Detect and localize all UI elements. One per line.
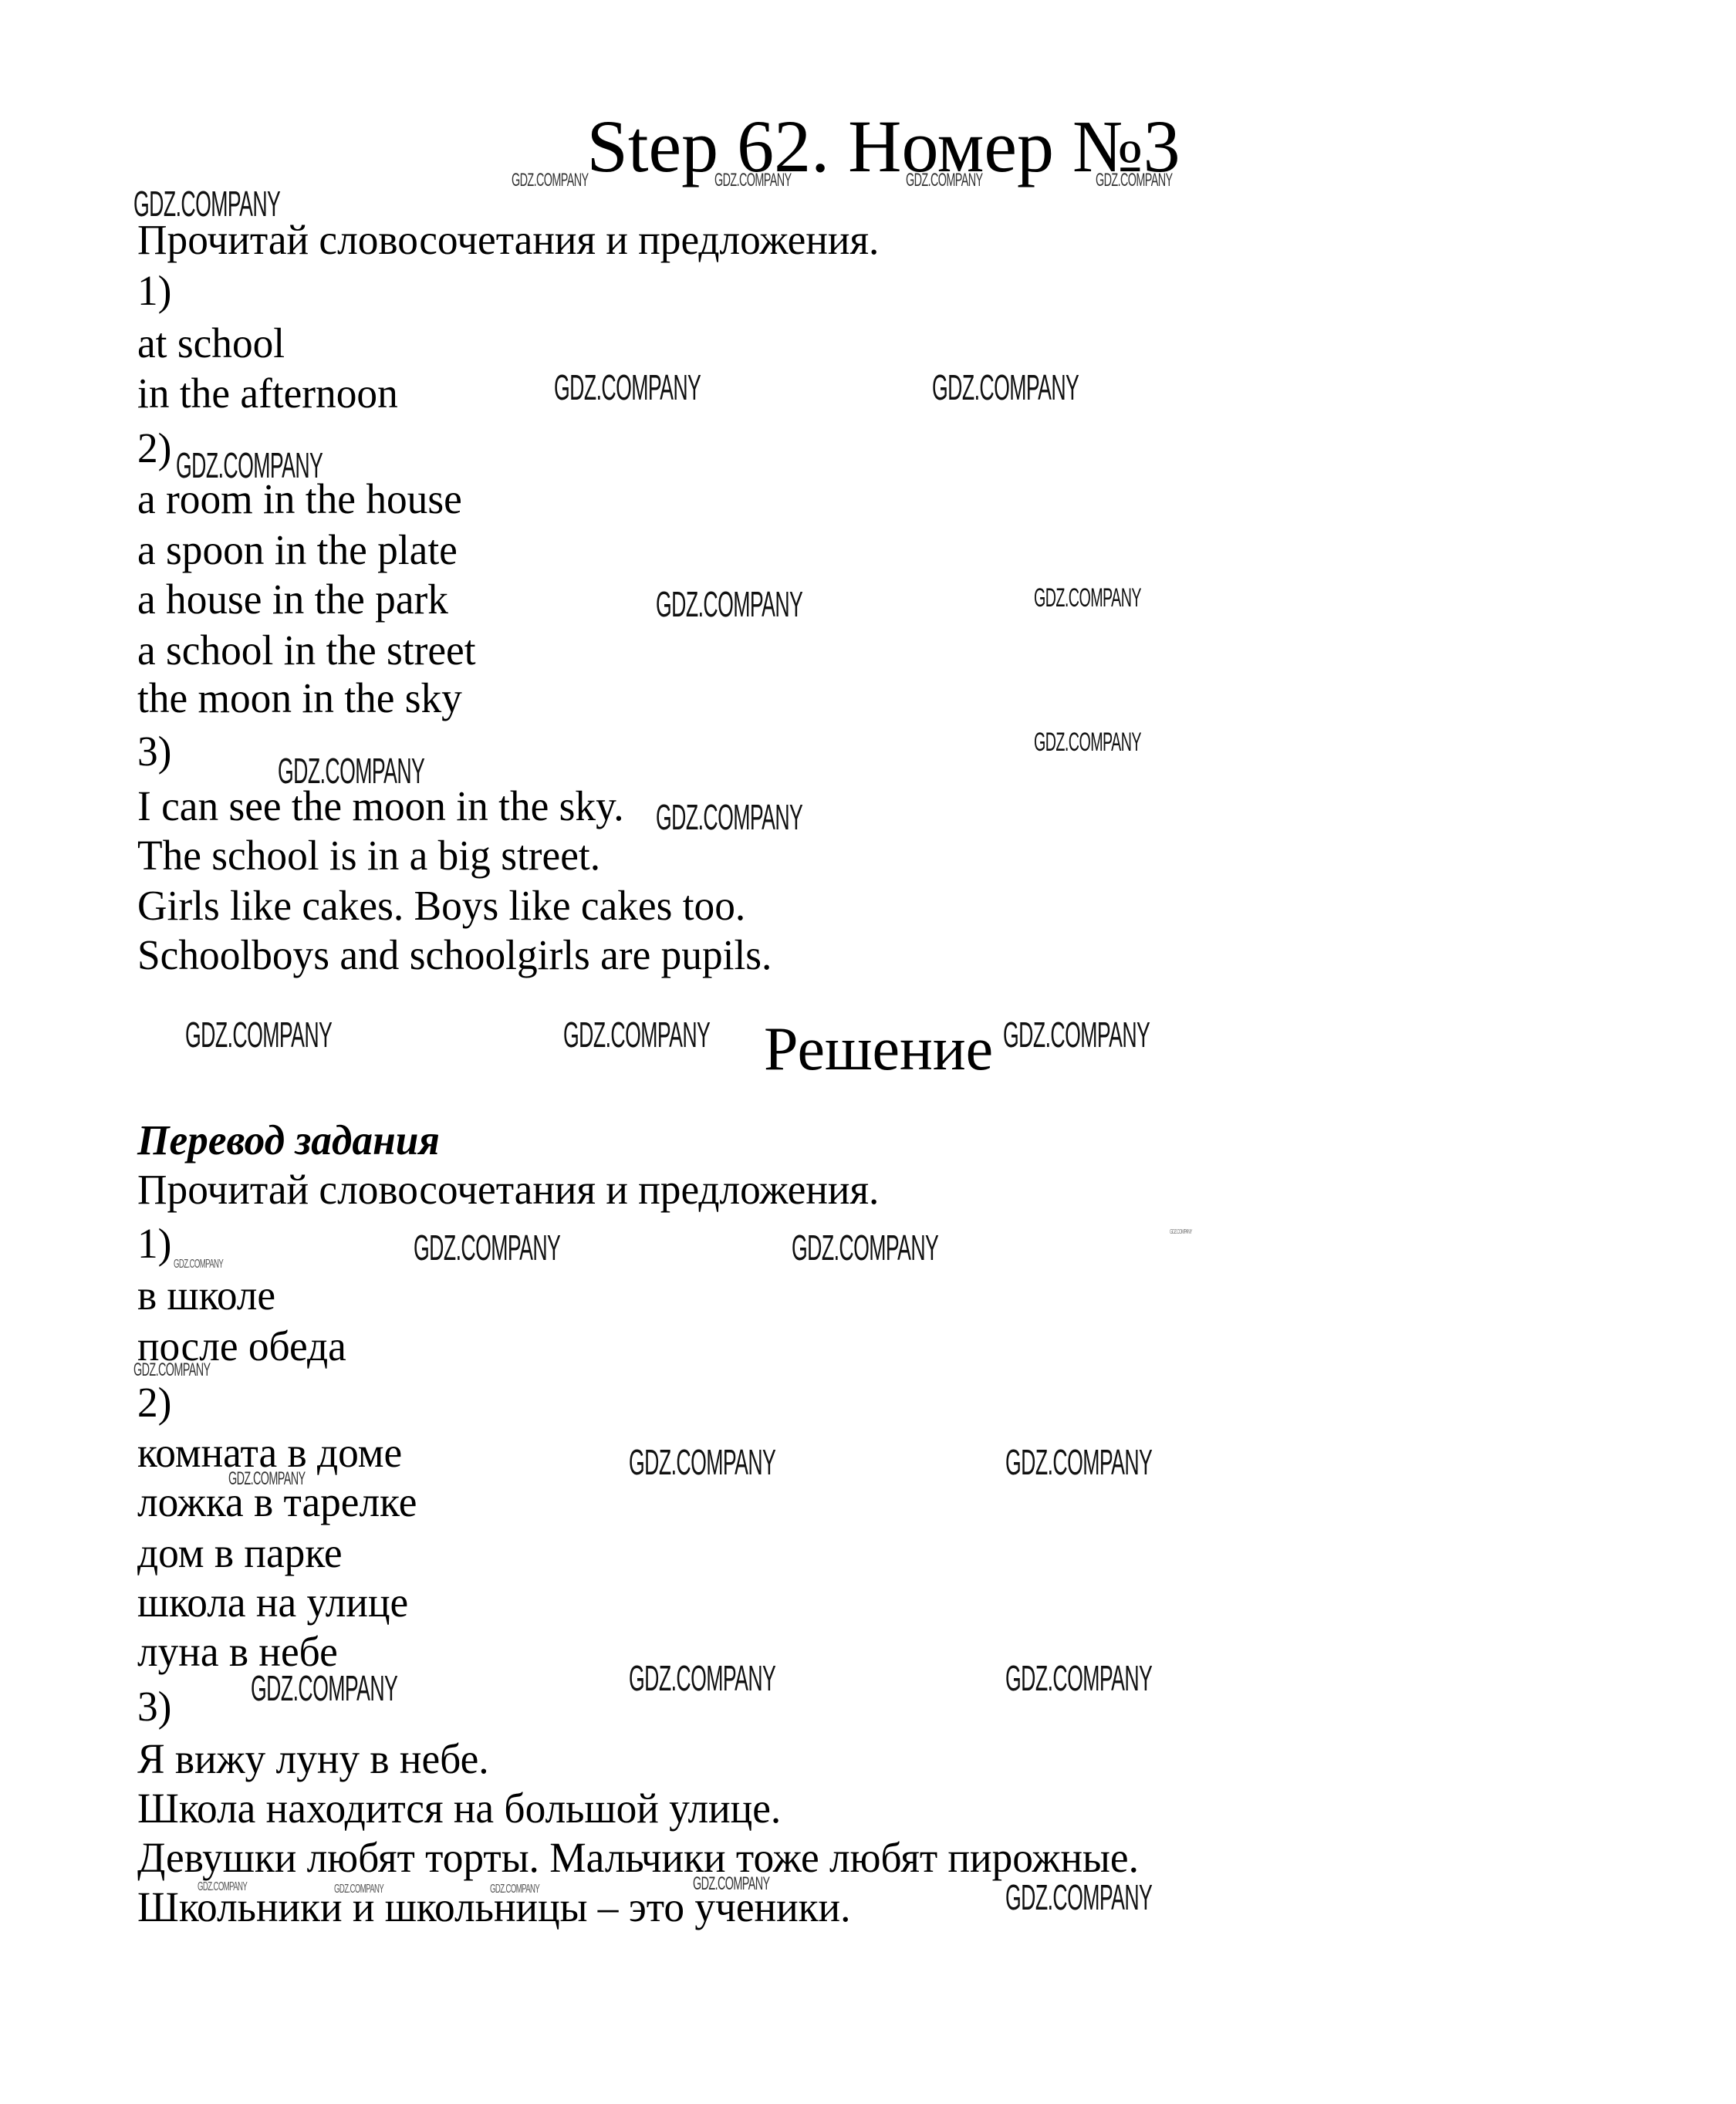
section-label: 2)	[137, 424, 171, 473]
watermark: GDZ.COMPANY	[714, 170, 792, 191]
watermark: GDZ.COMPANY	[1005, 1876, 1152, 1918]
list-item: Школа находится на большой улице.	[137, 1784, 781, 1833]
watermark: GDZ.COMPANY	[906, 170, 983, 191]
watermark: GDZ.COMPANY	[251, 1667, 397, 1709]
list-item: in the afternoon	[137, 369, 398, 418]
watermark: GDZ.COMPANY	[1005, 1657, 1152, 1699]
watermark: GDZ.COMPANY	[563, 1014, 710, 1055]
list-item: a house in the park	[137, 575, 448, 624]
solution-heading: Решение	[764, 1018, 993, 1080]
watermark: GDZ.COMPANY	[1003, 1014, 1150, 1055]
list-item: Schoolboys and schoolgirls are pupils.	[137, 930, 772, 980]
watermark: GDZ.COMPANY	[1096, 170, 1173, 191]
watermark: GDZ.COMPANY	[792, 1227, 938, 1268]
watermark: GDZ.COMPANY	[334, 1883, 383, 1896]
watermark: GDZ.COMPANY	[932, 366, 1079, 408]
watermark: GDZ.COMPANY	[629, 1441, 775, 1483]
watermark: GDZ.COMPANY	[414, 1227, 560, 1268]
watermark: GDZ.COMPANY	[656, 796, 802, 838]
watermark: GDZ.COMPANY	[198, 1880, 247, 1894]
watermark: GDZ.COMPANY	[1034, 728, 1141, 758]
watermark: GDZ.COMPANY	[1170, 1228, 1192, 1235]
section-label: 1)	[137, 266, 171, 316]
watermark: GDZ.COMPANY	[554, 366, 701, 408]
watermark: GDZ.COMPANY	[1034, 583, 1141, 613]
list-item: at school	[137, 319, 285, 368]
watermark: GDZ.COMPANY	[656, 583, 802, 625]
section-label: 3)	[137, 1682, 171, 1731]
watermark: GDZ.COMPANY	[278, 750, 424, 792]
list-item: The school is in a big street.	[137, 831, 600, 880]
watermark: GDZ.COMPANY	[1005, 1441, 1152, 1483]
list-item: Девушки любят торты. Мальчики тоже любят…	[137, 1833, 1139, 1883]
watermark: GDZ.COMPANY	[176, 444, 323, 486]
translation-subheading: Перевод задания	[137, 1116, 440, 1165]
page-title: Step 62. Номер №3	[0, 104, 1736, 189]
list-item: школа на улице	[137, 1578, 408, 1627]
solution-instruction: Прочитай словосочетания и предложения.	[137, 1165, 879, 1214]
section-label: 1)	[137, 1219, 171, 1268]
section-label: 3)	[137, 727, 171, 776]
watermark: GDZ.COMPANY	[133, 183, 280, 225]
watermark: GDZ.COMPANY	[490, 1883, 539, 1896]
watermark: GDZ.COMPANY	[693, 1873, 770, 1895]
watermark: GDZ.COMPANY	[185, 1014, 332, 1055]
list-item: a spoon in the plate	[137, 525, 458, 575]
list-item: дом в парке	[137, 1528, 343, 1578]
list-item: в школе	[137, 1271, 275, 1320]
document-page: Step 62. Номер №3 Прочитай словосочетани…	[0, 0, 1736, 2104]
list-item: Girls like cakes. Boys like cakes too.	[137, 881, 745, 930]
watermark: GDZ.COMPANY	[228, 1468, 306, 1490]
watermark: GDZ.COMPANY	[133, 1359, 211, 1381]
section-label: 2)	[137, 1378, 171, 1427]
watermark: GDZ.COMPANY	[174, 1258, 223, 1272]
watermark: GDZ.COMPANY	[629, 1657, 775, 1699]
watermark: GDZ.COMPANY	[512, 170, 589, 191]
list-item: a school in the street	[137, 626, 476, 675]
list-item: Я вижу луну в небе.	[137, 1734, 489, 1784]
list-item: the moon in the sky	[137, 674, 462, 723]
